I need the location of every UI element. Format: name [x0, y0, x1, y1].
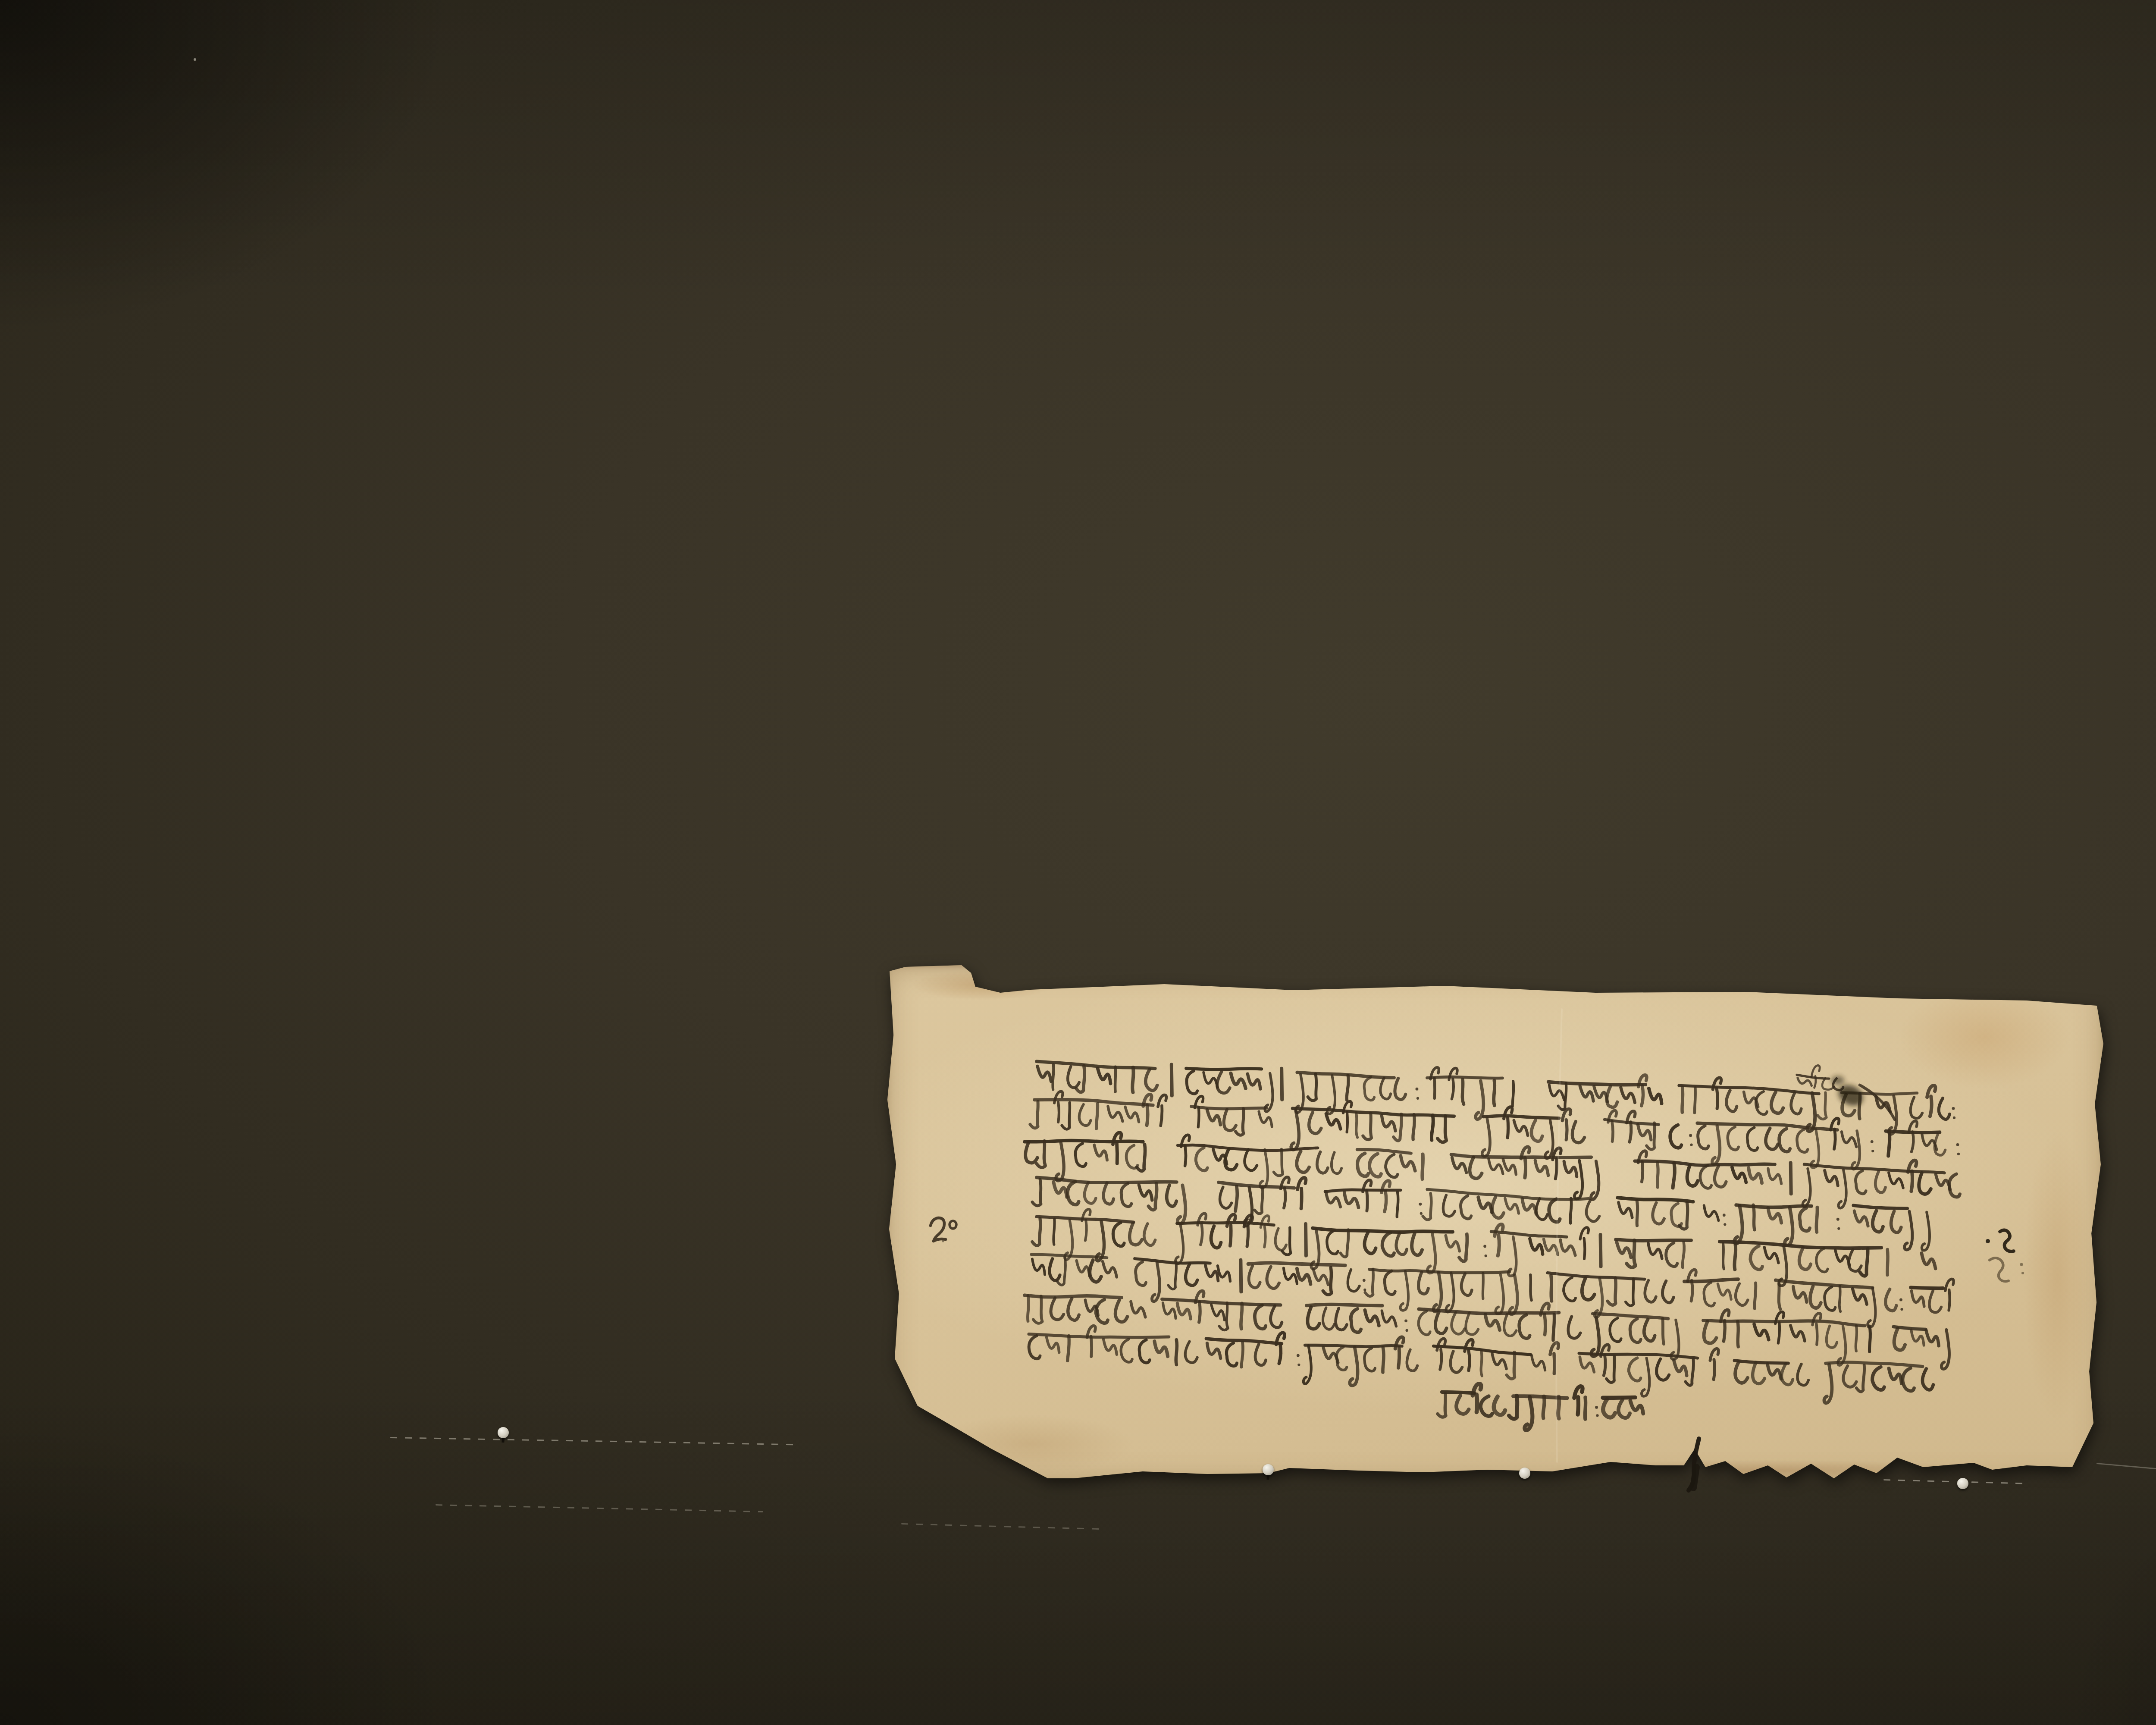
thread-line-1	[390, 1437, 800, 1446]
manuscript-page	[885, 964, 2106, 1486]
thread-line-3	[901, 1523, 1104, 1530]
pin-3	[1519, 1468, 1530, 1485]
pin-2	[1263, 1464, 1274, 1481]
manuscript-page-wrap	[885, 964, 2106, 1486]
pin-head-icon	[498, 1427, 509, 1438]
pin-4	[1957, 1478, 1968, 1495]
pin-head-icon	[1263, 1464, 1274, 1475]
thread-line-2	[436, 1504, 763, 1512]
pin-head-icon	[1519, 1468, 1530, 1479]
photograph-of-manuscript: ২০ লোক চৈত্রেবহুবিধং নানাভং বৈশাখে বিশাখ…	[0, 0, 2156, 1725]
dust-speck-1	[194, 58, 196, 61]
pin-1	[498, 1427, 509, 1444]
pin-head-icon	[1957, 1478, 1968, 1489]
